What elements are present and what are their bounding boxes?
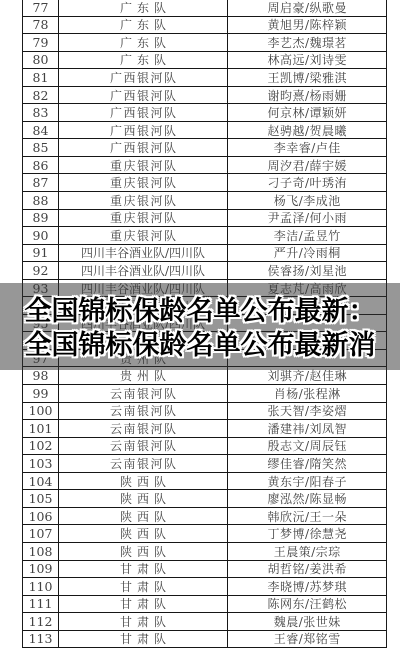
team-cell: 重庆银河队	[59, 157, 228, 174]
players-cell: 韩欣沅/王一朵	[228, 508, 386, 525]
row-number-cell: 91	[23, 245, 59, 262]
headline-line2: 全国锦标保龄名单公布最新消	[25, 328, 376, 362]
row-number-cell: 105	[23, 490, 59, 507]
players-cell: 王睿/郑铭雪	[228, 631, 386, 648]
table-row: 103云南银河队缪佳睿/隋笑然	[23, 455, 386, 473]
row-number-cell: 103	[23, 455, 59, 472]
table-row: 100云南银河队张天智/李姿熠	[23, 403, 386, 421]
table-row: 102云南银河队殷志文/周辰钰	[23, 438, 386, 456]
players-cell: 廖泓然/陈显畅	[228, 490, 386, 507]
team-cell: 陕西队	[59, 525, 228, 542]
row-number-cell: 113	[23, 631, 59, 648]
team-cell: 重庆银河队	[59, 174, 228, 191]
team-cell: 广东队	[59, 52, 228, 69]
table-row: 77广东队周启豪/纵歌曼	[23, 0, 386, 17]
team-cell: 甘肃队	[59, 631, 228, 648]
players-cell: 张天智/李姿熠	[228, 403, 386, 420]
team-cell: 甘肃队	[59, 561, 228, 578]
table-row: 108陕西队王晨策/宗琮	[23, 543, 386, 561]
team-cell: 云南银河队	[59, 455, 228, 472]
row-number-cell: 101	[23, 420, 59, 437]
table-row: 98贵州队刘骐齐/赵佳琳	[23, 367, 386, 385]
table-row: 91四川丰谷酒业队/四川队严升/冷雨桐	[23, 245, 386, 263]
row-number-cell: 77	[23, 0, 59, 16]
team-cell: 四川丰谷酒业队/四川队	[59, 262, 228, 279]
team-cell: 广西银河队	[59, 104, 228, 121]
team-cell: 重庆银河队	[59, 210, 228, 227]
team-cell: 陕西队	[59, 490, 228, 507]
table-row: 113甘肃队王睿/郑铭雪	[23, 631, 386, 649]
headline-overlay: 全国锦标保龄名单公布最新： 全国锦标保龄名单公布最新消	[0, 283, 400, 370]
players-cell: 丁梦博/徐慧尧	[228, 525, 386, 542]
team-cell: 广西银河队	[59, 69, 228, 86]
team-cell: 甘肃队	[59, 596, 228, 613]
players-cell: 潘建祎/刘凤智	[228, 420, 386, 437]
table-row: 92四川丰谷酒业队/四川队侯睿扬/刘星池	[23, 262, 386, 280]
table-row: 83广西银河队何京林/谭颖妍	[23, 104, 386, 122]
row-number-cell: 106	[23, 508, 59, 525]
team-cell: 广西银河队	[59, 87, 228, 104]
players-cell: 刁子奇/叶琇洧	[228, 174, 386, 191]
table-row: 85广西银河队李幸睿/卢佳	[23, 139, 386, 157]
row-number-cell: 82	[23, 87, 59, 104]
table-row: 112甘肃队魏晨/张世妹	[23, 613, 386, 631]
table-row: 110甘肃队李晓博/苏梦琪	[23, 578, 386, 596]
players-cell: 黄东宇/阳春子	[228, 473, 386, 490]
players-cell: 陈网东/汪鹤松	[228, 596, 386, 613]
table-row: 78广东队黄旭男/陈梓颖	[23, 17, 386, 35]
players-cell: 胡哲铭/姜洪希	[228, 561, 386, 578]
row-number-cell: 79	[23, 34, 59, 51]
players-cell: 魏晨/张世妹	[228, 613, 386, 630]
row-number-cell: 89	[23, 210, 59, 227]
players-cell: 杨飞/李成池	[228, 192, 386, 209]
table-row: 88重庆银河队杨飞/李成池	[23, 192, 386, 210]
headline-line1: 全国锦标保龄名单公布最新：	[25, 294, 376, 328]
team-cell: 甘肃队	[59, 613, 228, 630]
team-cell: 云南银河队	[59, 420, 228, 437]
players-cell: 谢昀熹/杨雨姗	[228, 87, 386, 104]
team-cell: 陕西队	[59, 473, 228, 490]
table-row: 84广西银河队赵骋越/贺晨曦	[23, 122, 386, 140]
players-cell: 林高远/刘诗雯	[228, 52, 386, 69]
row-number-cell: 85	[23, 139, 59, 156]
team-cell: 广东队	[59, 17, 228, 34]
table-row: 106陕西队韩欣沅/王一朵	[23, 508, 386, 526]
row-number-cell: 108	[23, 543, 59, 560]
row-number-cell: 87	[23, 174, 59, 191]
players-cell: 何京林/谭颖妍	[228, 104, 386, 121]
table-row: 111甘肃队陈网东/汪鹤松	[23, 596, 386, 614]
row-number-cell: 84	[23, 122, 59, 139]
page: 77广东队周启豪/纵歌曼78广东队黄旭男/陈梓颖79广东队李艺杰/魏璟茗80广东…	[0, 0, 400, 659]
players-cell: 周汐君/薛宇媛	[228, 157, 386, 174]
team-cell: 重庆银河队	[59, 192, 228, 209]
team-cell: 四川丰谷酒业队/四川队	[59, 245, 228, 262]
row-number-cell: 109	[23, 561, 59, 578]
players-cell: 王凯博/梁雅淇	[228, 69, 386, 86]
team-cell: 陕西队	[59, 508, 228, 525]
players-cell: 李洁/孟昱竹	[228, 227, 386, 244]
table-row: 90重庆银河队李洁/孟昱竹	[23, 227, 386, 245]
row-number-cell: 107	[23, 525, 59, 542]
team-cell: 广东队	[59, 34, 228, 51]
players-cell: 尹孟泽/何小雨	[228, 210, 386, 227]
players-cell: 王晨策/宗琮	[228, 543, 386, 560]
table-row: 86重庆银河队周汐君/薛宇媛	[23, 157, 386, 175]
team-cell: 广东队	[59, 0, 228, 16]
row-number-cell: 81	[23, 69, 59, 86]
team-cell: 甘肃队	[59, 578, 228, 595]
row-number-cell: 92	[23, 262, 59, 279]
table-row: 107陕西队丁梦博/徐慧尧	[23, 525, 386, 543]
table-row: 87重庆银河队刁子奇/叶琇洧	[23, 174, 386, 192]
team-cell: 广西银河队	[59, 139, 228, 156]
table-row: 105陕西队廖泓然/陈显畅	[23, 490, 386, 508]
row-number-cell: 80	[23, 52, 59, 69]
table-row: 89重庆银河队尹孟泽/何小雨	[23, 210, 386, 228]
row-number-cell: 104	[23, 473, 59, 490]
team-cell: 云南银河队	[59, 438, 228, 455]
players-cell: 严升/冷雨桐	[228, 245, 386, 262]
row-number-cell: 90	[23, 227, 59, 244]
players-cell: 黄旭男/陈梓颖	[228, 17, 386, 34]
row-number-cell: 88	[23, 192, 59, 209]
players-cell: 缪佳睿/隋笑然	[228, 455, 386, 472]
table-row: 99云南银河队肖杨/张程淋	[23, 385, 386, 403]
table-row: 80广东队林高远/刘诗雯	[23, 52, 386, 70]
team-cell: 陕西队	[59, 543, 228, 560]
table-row: 109甘肃队胡哲铭/姜洪希	[23, 561, 386, 579]
table-row: 101云南银河队潘建祎/刘凤智	[23, 420, 386, 438]
players-cell: 李晓博/苏梦琪	[228, 578, 386, 595]
row-number-cell: 86	[23, 157, 59, 174]
row-number-cell: 100	[23, 403, 59, 420]
players-cell: 李幸睿/卢佳	[228, 139, 386, 156]
team-cell: 云南银河队	[59, 403, 228, 420]
row-number-cell: 78	[23, 17, 59, 34]
table-row: 82广西银河队谢昀熹/杨雨姗	[23, 87, 386, 105]
table-row: 104陕西队黄东宇/阳春子	[23, 473, 386, 491]
table-row: 79广东队李艺杰/魏璟茗	[23, 34, 386, 52]
row-number-cell: 111	[23, 596, 59, 613]
players-cell: 殷志文/周辰钰	[228, 438, 386, 455]
players-cell: 侯睿扬/刘星池	[228, 262, 386, 279]
team-cell: 广西银河队	[59, 122, 228, 139]
row-number-cell: 110	[23, 578, 59, 595]
row-number-cell: 83	[23, 104, 59, 121]
players-cell: 周启豪/纵歌曼	[228, 0, 386, 16]
row-number-cell: 99	[23, 385, 59, 402]
players-cell: 肖杨/张程淋	[228, 385, 386, 402]
row-number-cell: 102	[23, 438, 59, 455]
players-cell: 李艺杰/魏璟茗	[228, 34, 386, 51]
players-cell: 赵骋越/贺晨曦	[228, 122, 386, 139]
row-number-cell: 112	[23, 613, 59, 630]
table-row: 81广西银河队王凯博/梁雅淇	[23, 69, 386, 87]
team-cell: 云南银河队	[59, 385, 228, 402]
team-cell: 重庆银河队	[59, 227, 228, 244]
